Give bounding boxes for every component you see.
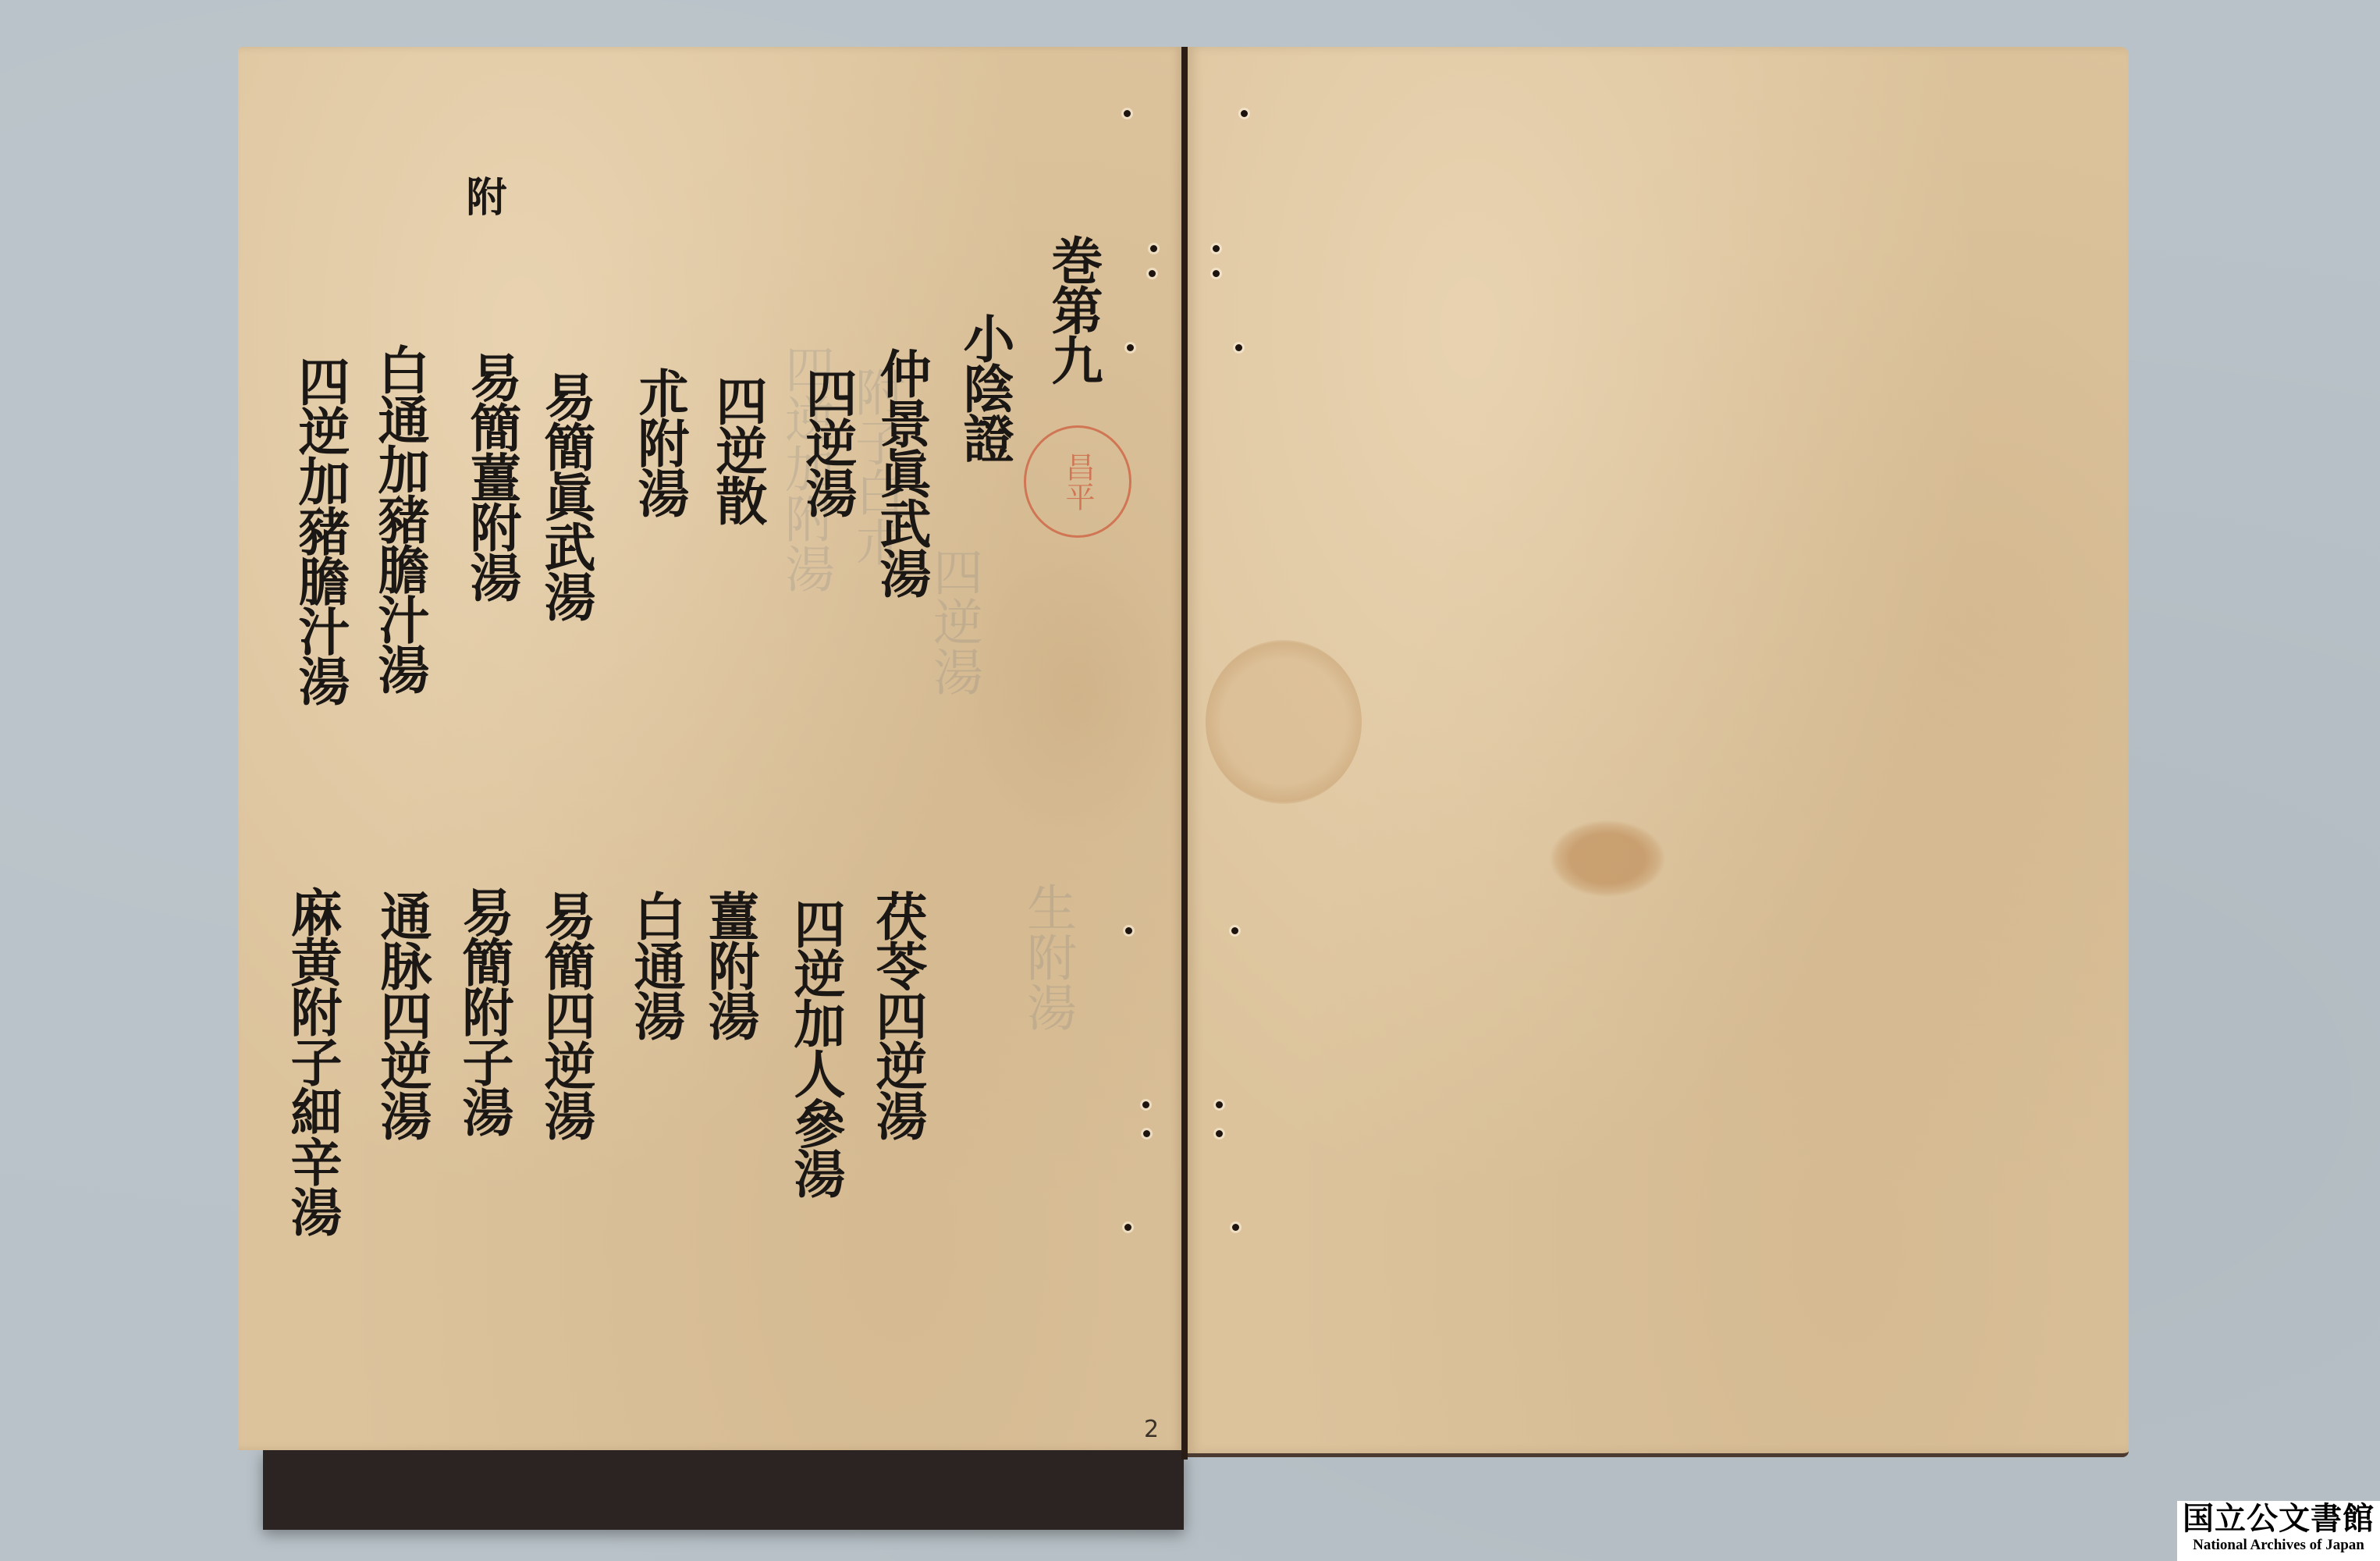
watermark-japanese: 国立公文書館 [2177,1501,2380,1537]
prescription-entry: 茯苓四逆湯 [872,890,923,1140]
volume-title: 巻第九 [1047,234,1099,384]
binding-hole [1216,1101,1223,1108]
prescription-entry: 四逆散 [712,375,763,524]
binding-hole [1150,245,1157,252]
page-number: 2 [1144,1416,1159,1443]
binding-hole [1143,1130,1150,1137]
watermark-english: National Archives of Japan [2177,1537,2380,1554]
binding-hole [1213,245,1220,252]
red-seal-stamp: 昌平 [1024,425,1131,538]
prescription-entry: 朮附湯 [634,367,685,517]
binding-hole [1142,1101,1149,1108]
prescription-entry: 易簡附子湯 [458,886,510,1136]
bleed-through-text [1397,297,1447,396]
ring-stain [1206,640,1362,804]
prescription-entry: 白通湯 [630,890,681,1040]
binding-hole [1235,344,1242,351]
prescription-entry: 仲景眞武湯 [876,347,927,597]
binding-hole [1231,927,1238,934]
marginal-label: 附 [462,176,503,215]
binding-hole [1124,110,1131,117]
prescription-entry: 易簡四逆湯 [540,890,591,1140]
binding-hole [1232,1224,1239,1231]
prescription-entry: 薑附湯 [704,890,755,1040]
prescription-entry: 易簡薑附湯 [466,351,517,601]
bleed-through-text: 生附湯 [1022,882,1072,1032]
seal-text: 昌平 [1063,452,1092,511]
binding-hole [1127,344,1134,351]
prescription-entry: 四逆加人參湯 [790,898,841,1197]
prescription-entry: 四逆湯 [801,367,853,517]
binding-hole [1149,270,1156,277]
archive-watermark: 国立公文書館 National Archives of Japan [2177,1501,2380,1561]
water-stain [960,531,1194,859]
prescription-entry: 麻黄附子細辛湯 [286,886,338,1236]
binding-hole [1125,927,1132,934]
section-title: 小陰證 [959,312,1011,462]
dark-stain [1549,820,1666,898]
bleed-through-text: 四逆湯 [929,546,979,696]
binding-hole [1216,1130,1223,1137]
book-edge-shadow [263,1450,1184,1530]
prescription-entry: 四逆加豬膽汁湯 [294,355,346,705]
prescription-entry: 易簡眞武湯 [540,371,591,620]
prescription-entry: 通脉四逆湯 [376,890,428,1140]
prescription-entry: 白通加豬膽汁湯 [374,343,425,693]
binding-hole [1213,270,1220,277]
binding-hole [1124,1224,1131,1231]
binding-hole [1241,110,1248,117]
